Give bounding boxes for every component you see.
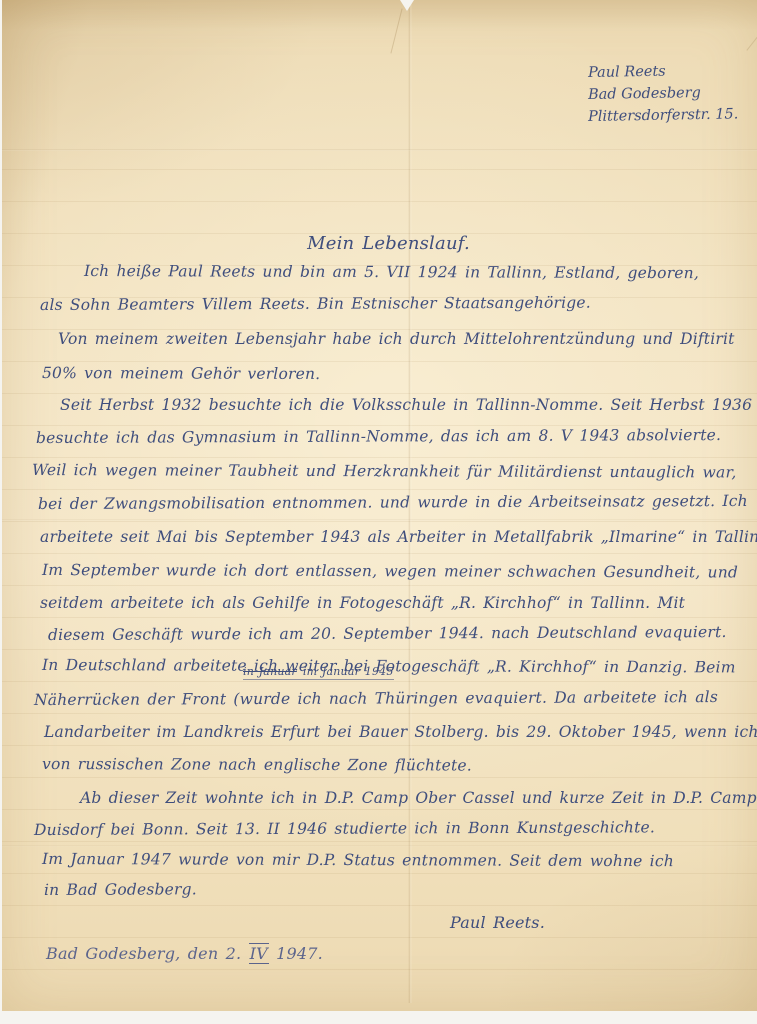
corner-crease xyxy=(746,0,757,51)
sender-street: Plittersdorferstr. 15. xyxy=(588,103,739,128)
date-prefix: Bad Godesberg, den 2. xyxy=(46,944,249,963)
handwritten-line: bei der Zwangsmobilisation entnommen. un… xyxy=(38,492,748,513)
handwritten-line: Ich heiße Paul Reets und bin am 5. VII 1… xyxy=(84,262,699,282)
handwritten-line: Von meinem zweiten Lebensjahr habe ich d… xyxy=(58,330,735,348)
letter-title: Mein Lebenslauf. xyxy=(10,233,757,254)
fold-crease-middle xyxy=(2,519,757,521)
sender-address: Paul Reets Bad Godesberg Plittersdorfers… xyxy=(588,62,738,128)
handwritten-line: in Bad Godesberg. xyxy=(44,880,197,899)
inserted-text: im Januar 1945 xyxy=(303,665,394,678)
fold-crease-top xyxy=(2,149,757,151)
handwritten-line: Ab dieser Zeit wohnte ich in D.P. Camp O… xyxy=(80,789,757,807)
handwritten-line: Im Januar 1947 wurde von mir D.P. Status… xyxy=(42,850,674,870)
handwritten-line: Landarbeiter im Landkreis Erfurt bei Bau… xyxy=(44,723,757,741)
tear-notch xyxy=(400,0,414,11)
date-roman-month: IV xyxy=(249,943,269,964)
sender-city: Bad Godesberg xyxy=(588,81,739,106)
handwritten-line: Im September wurde ich dort entlassen, w… xyxy=(42,561,738,581)
date-line: Bad Godesberg, den 2. IV 1947. xyxy=(46,944,323,963)
fold-crease-bottom xyxy=(2,845,757,847)
date-suffix: 1947. xyxy=(269,944,323,963)
handwritten-line: Weil ich wegen meiner Taubheit und Herzk… xyxy=(32,461,737,481)
handwritten-line: Seit Herbst 1932 besuchte ich die Volkss… xyxy=(60,396,752,414)
insertion-correction: in Januarim Januar 1945 xyxy=(243,665,394,680)
handwritten-line: besuchte ich das Gymnasium in Tallinn-No… xyxy=(36,426,721,447)
handwritten-line: arbeitete seit Mai bis September 1943 al… xyxy=(40,528,757,546)
handwritten-line: 50% von meinem Gehör verloren. xyxy=(42,364,320,383)
sender-name: Paul Reets xyxy=(588,59,739,84)
strikethrough-text: in Januar xyxy=(243,665,297,678)
handwritten-line: als Sohn Beamters Villem Reets. Bin Estn… xyxy=(40,294,591,314)
handwritten-line: seitdem arbeitete ich als Gehilfe in Fot… xyxy=(40,594,685,612)
handwritten-line: von russischen Zone nach englische Zone … xyxy=(42,755,472,775)
handwritten-line: diesem Geschäft wurde ich am 20. Septemb… xyxy=(48,623,727,644)
handwritten-line: Duisdorf bei Bonn. Seit 13. II 1946 stud… xyxy=(34,818,655,839)
handwritten-line: Näherrücken der Front (wurde ich nach Th… xyxy=(34,688,718,709)
signature: Paul Reets. xyxy=(450,913,545,932)
